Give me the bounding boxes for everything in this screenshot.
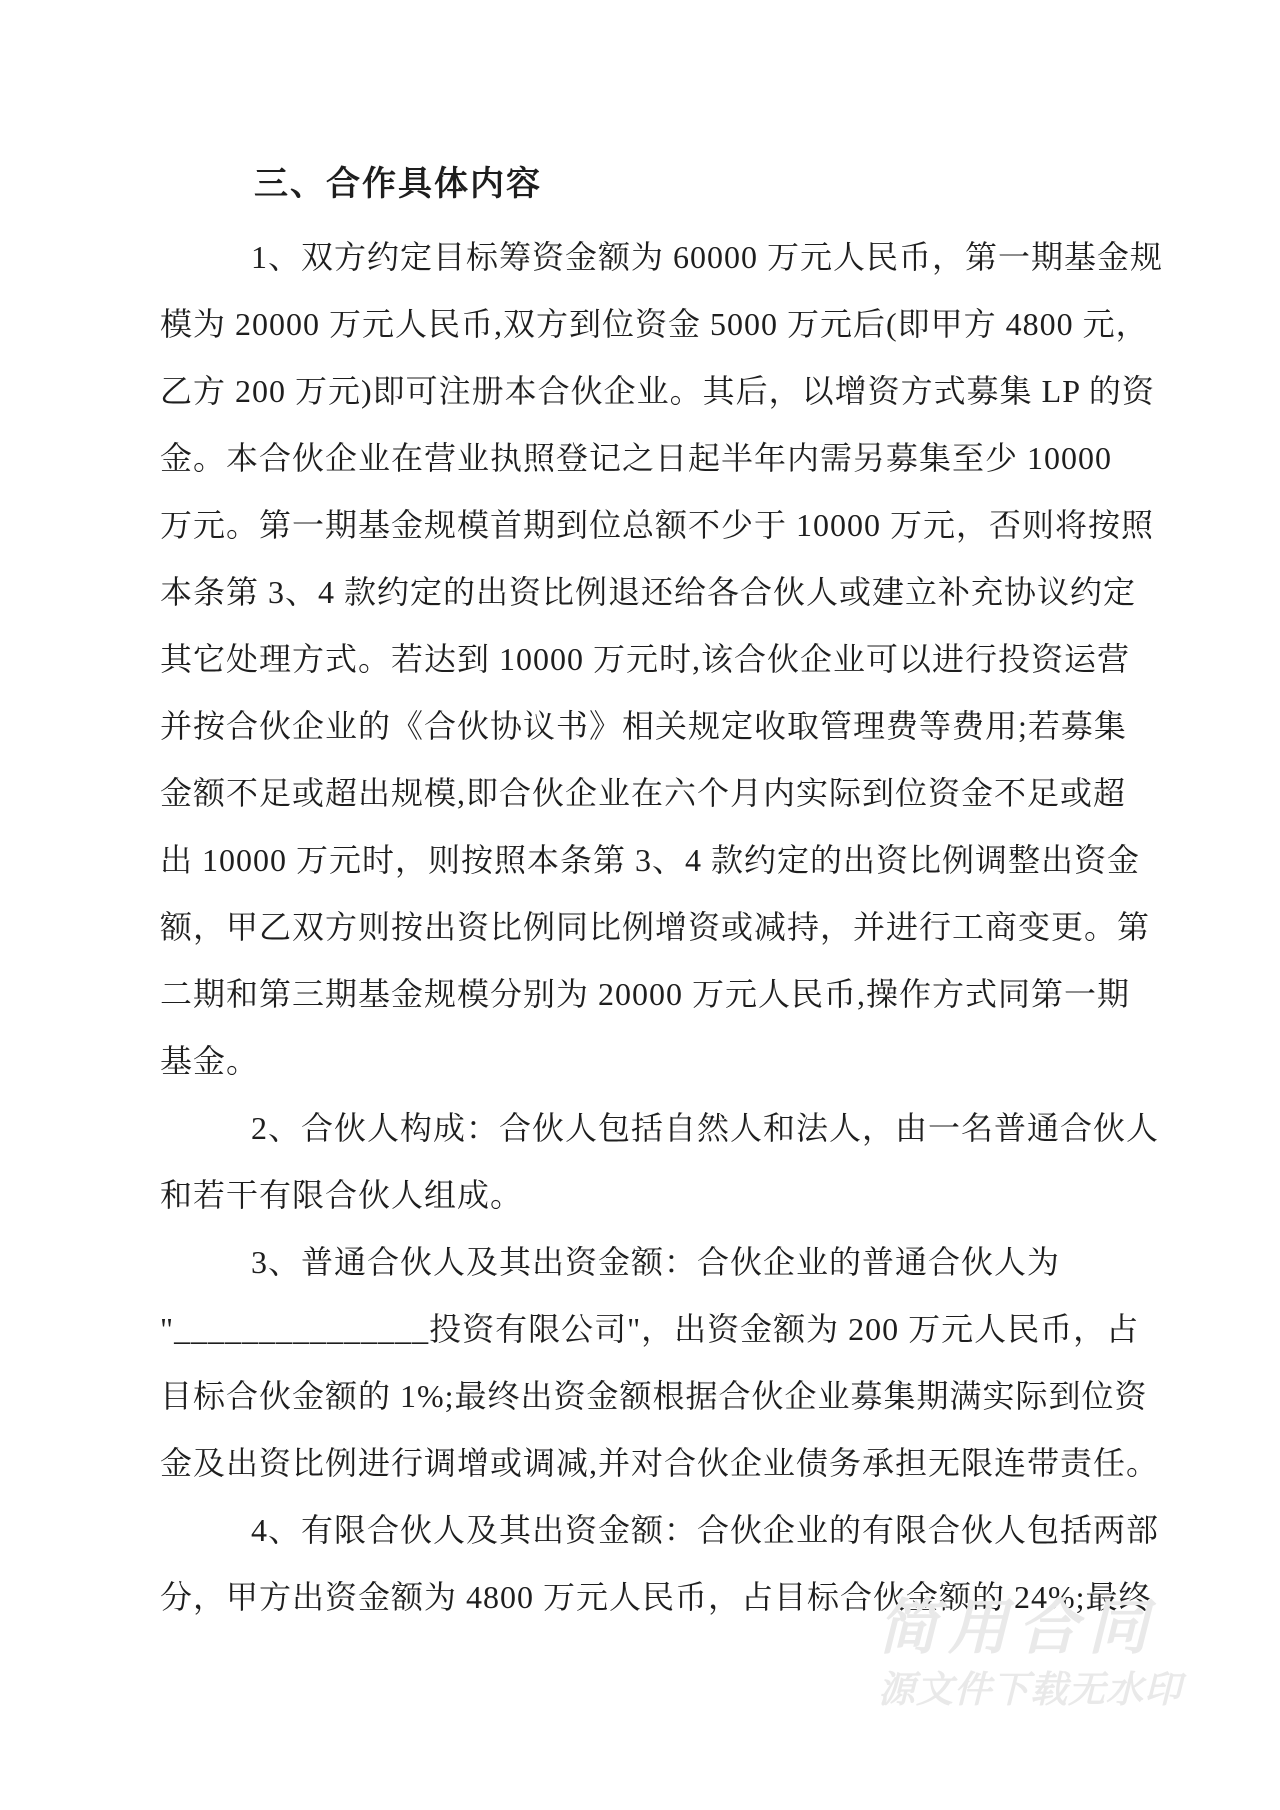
section-title: 三、合作具体内容 <box>254 151 542 218</box>
document-line: 本条第 3、4 款约定的出资比例退还给各合伙人或建立补充协议约定 <box>160 559 1100 626</box>
document-line: "_______________投资有限公司"，出资金额为 200 万元人民币，… <box>160 1296 1100 1363</box>
document-line: 其它处理方式。若达到 10000 万元时,该合伙企业可以进行投资运营 <box>160 626 1100 693</box>
document-line: 模为 20000 万元人民币,双方到位资金 5000 万元后(即甲方 4800 … <box>160 291 1100 358</box>
document-line: 金及出资比例进行调增或调减,并对合伙企业债务承担无限连带责任。 <box>160 1430 1100 1497</box>
document-line: 目标合伙金额的 1%;最终出资金额根据合伙企业募集期满实际到位资 <box>160 1363 1100 1430</box>
document-line: 1、双方约定目标筹资金额为 60000 万元人民币，第一期基金规 <box>160 224 1100 291</box>
watermark-tagline-text: 源文件下载无水印 <box>878 1670 1182 1710</box>
document-line: 2、合伙人构成：合伙人包括自然人和法人，由一名普通合伙人 <box>160 1095 1100 1162</box>
document-line: 额，甲乙双方则按出资比例同比例增资或减持，并进行工商变更。第 <box>160 894 1100 961</box>
document-line: 万元。第一期基金规模首期到位总额不少于 10000 万元，否则将按照 <box>160 492 1100 559</box>
document-line: 金额不足或超出规模,即合伙企业在六个月内实际到位资金不足或超 <box>160 760 1100 827</box>
document-line: 和若干有限合伙人组成。 <box>160 1162 1100 1229</box>
document-line: 3、普通合伙人及其出资金额：合伙企业的普通合伙人为 <box>160 1229 1100 1296</box>
document-line: 4、有限合伙人及其出资金额：合伙企业的有限合伙人包括两部 <box>160 1497 1100 1564</box>
watermark-brand-text: 简用合同 <box>878 1596 1182 1660</box>
watermark: 简用合同 源文件下载无水印 <box>878 1596 1182 1710</box>
document-body: 1、双方约定目标筹资金额为 60000 万元人民币，第一期基金规 模为 2000… <box>160 224 1100 1631</box>
document-line: 乙方 200 万元)即可注册本合伙企业。其后，以增资方式募集 LP 的资 <box>160 358 1100 425</box>
document-line: 出 10000 万元时，则按照本条第 3、4 款约定的出资比例调整出资金 <box>160 827 1100 894</box>
document-line: 并按合伙企业的《合伙协议书》相关规定收取管理费等费用;若募集 <box>160 693 1100 760</box>
document-line: 基金。 <box>160 1028 1100 1095</box>
contract-page: 三、合作具体内容 1、双方约定目标筹资金额为 60000 万元人民币，第一期基金… <box>0 0 1280 1810</box>
document-line: 二期和第三期基金规模分别为 20000 万元人民币,操作方式同第一期 <box>160 961 1100 1028</box>
document-line: 金。本合伙企业在营业执照登记之日起半年内需另募集至少 10000 <box>160 425 1100 492</box>
